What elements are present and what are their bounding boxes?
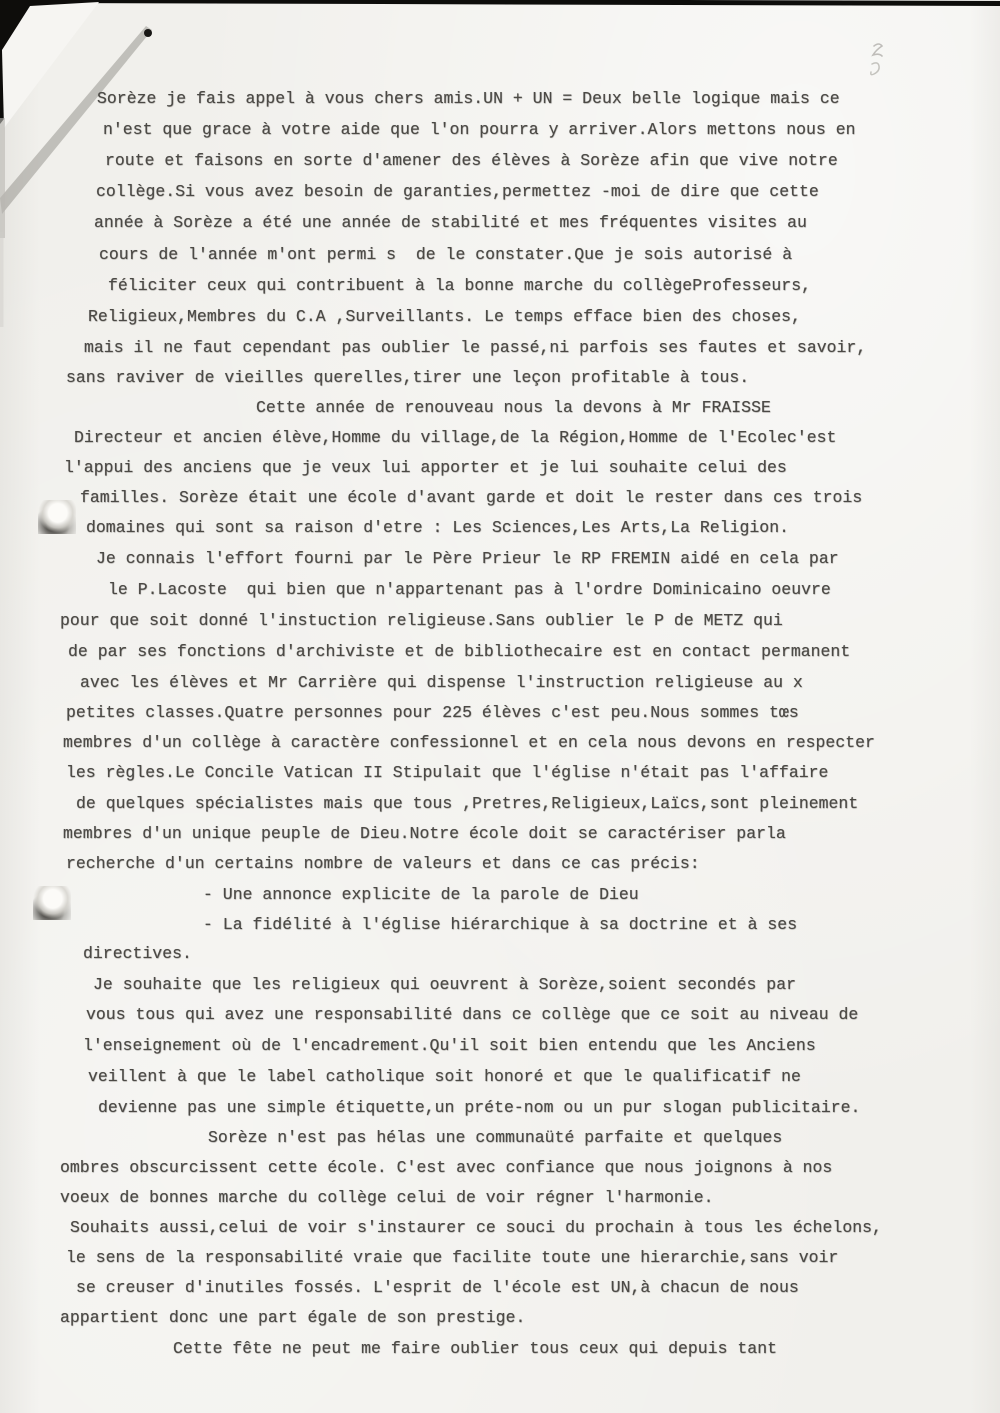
text-line-23: les règles.Le Concile Vatican II Stipula…: [66, 762, 828, 784]
text-line-35: Sorèze n'est pas hélas une communaüté pa…: [208, 1127, 782, 1149]
text-line-21: petites classes.Quatre personnes pour 22…: [66, 702, 799, 724]
text-line-38: Souhaits aussi,celui de voir s'instaurer…: [70, 1217, 882, 1239]
text-line-7: féliciter ceux qui contribuent à la bonn…: [108, 275, 811, 297]
text-line-37: voeux de bonnes marche du collège celui …: [60, 1187, 714, 1209]
text-line-14: familles. Sorèze était une école d'avant…: [80, 487, 862, 509]
text-line-10: sans raviver de vieilles querelles,tirer…: [66, 367, 749, 389]
text-line-42: Cette fête ne peut me faire oublier tous…: [173, 1338, 777, 1360]
scanned-letter-page: Sorèze je fais appel à vous chers amis.U…: [0, 0, 1000, 1413]
text-line-41: appartient donc une part égale de son pr…: [60, 1307, 525, 1329]
text-line-29: directives.: [83, 943, 192, 965]
hole-punch-shadow: [33, 886, 71, 920]
text-line-16: Je connais l'effort fourni par le Père P…: [96, 548, 839, 570]
text-line-25: membres d'un unique peuple de Dieu.Notre…: [63, 823, 786, 845]
text-line-22: membres d'un collège à caractère confess…: [63, 732, 875, 754]
text-line-8: Religieux,Membres du C.A ,Surveillants. …: [88, 306, 801, 328]
text-line-31: vous tous qui avez une responsabilité da…: [86, 1004, 858, 1026]
text-line-6: cours de l'année m'ont permi s de le con…: [99, 244, 792, 266]
text-line-33: veillent à que le label catholique soit …: [88, 1066, 801, 1088]
text-line-30: Je souhaite que les religieux qui oeuvre…: [93, 974, 796, 996]
text-line-5: année à Sorèze a été une année de stabil…: [94, 212, 807, 234]
text-line-34: devienne pas une simple étiquette,un pré…: [98, 1097, 860, 1119]
text-line-19: de par ses fonctions d'archiviste et de …: [68, 641, 850, 663]
text-line-20: avec les élèves et Mr Carrière qui dispe…: [80, 672, 803, 694]
text-line-36: ombres obscurcissent cette école. C'est …: [60, 1157, 832, 1179]
text-line-27: - Une annonce explicite de la parole de …: [203, 884, 639, 906]
text-line-32: l'enseignement où de l'encadrement.Qu'il…: [83, 1035, 816, 1057]
text-line-1: Sorèze je fais appel à vous chers amis.U…: [97, 88, 840, 110]
text-line-28: - La fidélité à l'église hiérarchique à …: [203, 914, 797, 936]
text-line-13: l'appui des anciens que je veux lui appo…: [64, 457, 787, 479]
text-line-24: de quelques spécialistes mais que tous ,…: [76, 793, 858, 815]
text-line-40: se creuser d'inutiles fossés. L'esprit d…: [76, 1277, 799, 1299]
hole-punch-shadow: [38, 500, 76, 534]
handwritten-mark: [860, 38, 894, 86]
text-line-9: mais il ne faut cependant pas oublier le…: [84, 337, 866, 359]
text-line-26: recherche d'un certains nombre de valeur…: [66, 853, 700, 875]
text-line-4: collège.Si vous avez besoin de garanties…: [96, 181, 819, 203]
text-line-17: le P.Lacoste qui bien que n'appartenant …: [108, 579, 831, 601]
text-line-15: domaines qui sont sa raison d'etre : Les…: [86, 517, 789, 539]
text-line-2: n'est que grace à votre aide que l'on po…: [103, 119, 856, 141]
text-line-11: Cette année de renouveau nous la devons …: [256, 397, 771, 419]
text-line-18: pour que soit donné l'instuction religie…: [60, 610, 783, 632]
text-line-3: route et faisons en sorte d'amener des é…: [105, 150, 838, 172]
text-line-39: le sens de la responsabilité vraie que f…: [66, 1247, 838, 1269]
text-line-12: Directeur et ancien élève,Homme du villa…: [74, 427, 836, 449]
